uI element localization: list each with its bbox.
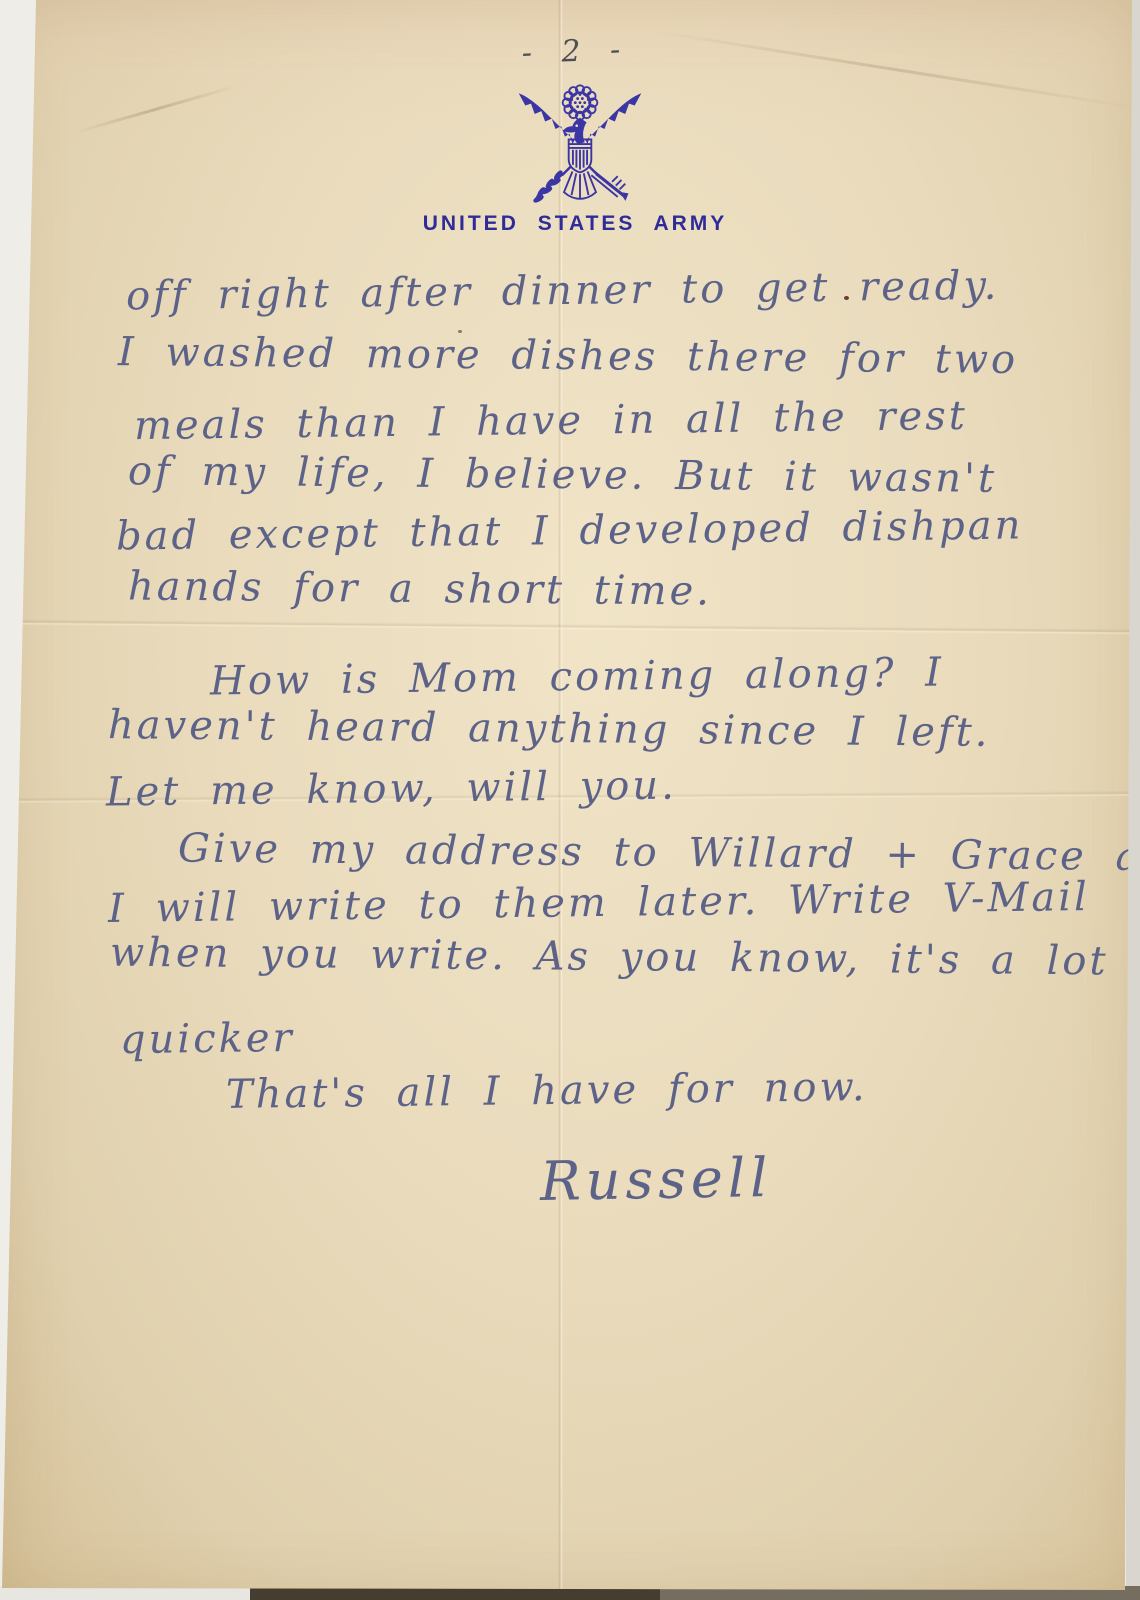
page-number: - 2 - [0,14,1140,89]
handwritten-line: meals than I have in all the rest [134,393,968,449]
handwritten-line: haven't heard anything since I left. [108,702,991,756]
horizontal-fold-crease-upper [0,619,1140,635]
letter-page: - 2 - [0,0,1140,1600]
handwritten-line: off right after dinner to get ready. [126,263,1000,320]
handwritten-line: I washed more dishes there for two [118,329,1019,383]
handwritten-line: when you write. As you know, it's a lot [110,930,1109,985]
handwritten-line: Let me know, will you. [106,763,677,816]
corner-crease-top-left [73,85,237,135]
letterhead-title: UNITED STATES ARMY [0,212,1140,236]
handwritten-line: of my life, I believe. But it wasn't [128,448,997,502]
handwritten-line: bad except that I developed dishpan [116,502,1024,559]
handwritten-line: That's all I have for now. [226,1064,868,1118]
handwritten-line: Give my address to Willard + Grace and [178,826,1140,881]
handwritten-line: How is Mom coming along? I [210,650,944,705]
handwritten-line: quicker [120,1015,295,1063]
signature: Russell [539,1146,772,1213]
handwritten-line: I will write to them later. Write V-Mail [108,874,1090,932]
scanned-letter: - 2 - [0,0,1140,1600]
handwritten-line: hands for a short time. [128,563,712,614]
army-eagle-crest-icon [514,80,646,212]
